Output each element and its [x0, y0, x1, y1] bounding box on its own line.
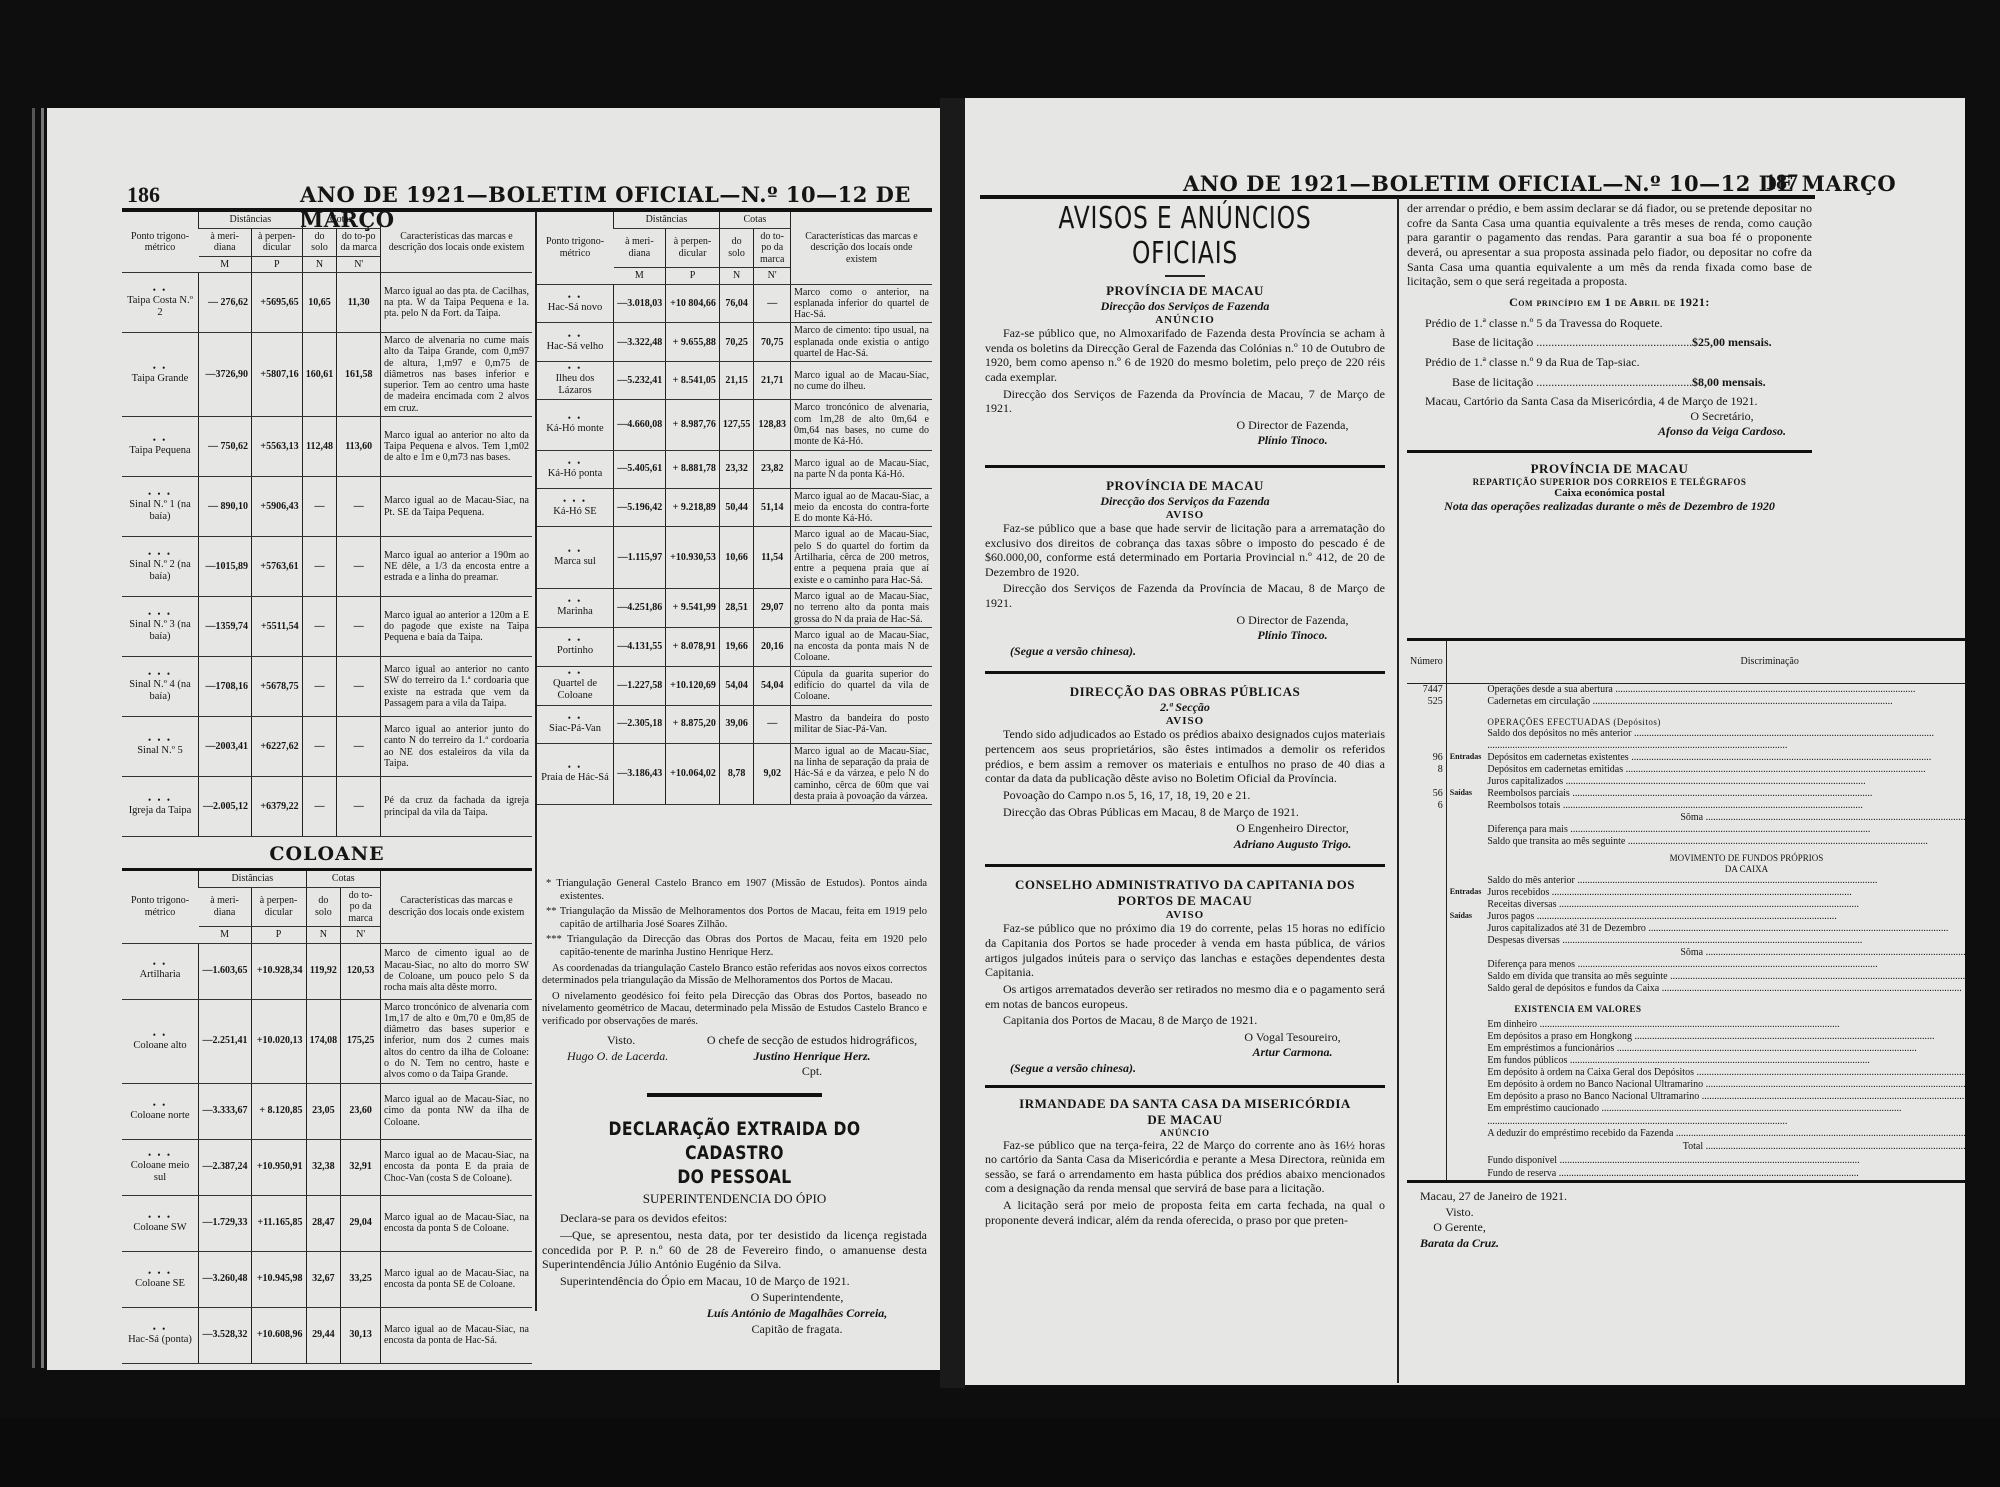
point-name-cell: • •Artilharia: [122, 943, 199, 999]
perpendicular-value: +5511,54: [251, 597, 302, 657]
mark-description: Marco igual ao de Macau-Siac, na Pt. SE …: [381, 477, 533, 537]
row-label: Diferença para menos: [1484, 959, 1965, 971]
row-group-label: [1446, 849, 1484, 864]
ground-height: 21,15: [719, 362, 754, 400]
notice-dept: 2.ª Secção: [985, 700, 1385, 715]
ground-height: 28,51: [719, 588, 754, 627]
notice-signer-role: O Secretário,: [1637, 409, 1807, 425]
table-row: • •Taipa Grande—3726,90+5807,16160,61161…: [122, 333, 532, 417]
row-group-label: [1446, 812, 1484, 824]
perpendicular-value: + 9.218,89: [666, 488, 720, 527]
perpendicular-value: +6379,22: [251, 777, 302, 837]
table-row: Em dinheiro1.967,36: [1407, 1019, 1965, 1031]
table-row: Saldo que transita ao mês seguinte......…: [1407, 836, 1965, 850]
row-number: 6: [1407, 800, 1446, 812]
notice-dept: Direcção dos Serviços da Fazenda: [985, 494, 1385, 509]
row-number: [1407, 935, 1446, 947]
table-row: • • •Sinal N.º 1 (na baía)— 890,10+5906,…: [122, 477, 532, 537]
meridian-value: — 276,62: [199, 273, 252, 333]
meridian-value: —1708,16: [199, 657, 252, 717]
row-label: OPERAÇÕES EFECTUADAS (Depósitos): [1484, 709, 1965, 728]
row-group-label: [1446, 899, 1484, 911]
notice-divider: [1407, 450, 1812, 453]
table-row: • •Quartel de Coloane—1.227,58+10.120,69…: [537, 666, 932, 705]
row-number: [1407, 971, 1446, 983]
row-number: [1407, 1019, 1446, 1031]
row-number: [1407, 1168, 1446, 1182]
ground-height: 70,25: [719, 323, 754, 362]
top-height: 9,02: [754, 743, 791, 804]
top-height: 29,07: [754, 588, 791, 627]
ground-height: 23,05: [306, 1083, 341, 1139]
meridian-value: —3.333,67: [199, 1083, 252, 1139]
point-name-cell: • •Ká-Hó ponta: [537, 450, 614, 488]
triangulation-marker: • • •: [125, 670, 195, 679]
row-number: [1407, 1055, 1446, 1067]
row-number: [1407, 849, 1446, 864]
notice-signer-role: O Vogal Tesoureiro,: [1205, 1030, 1380, 1046]
row-number: [1407, 864, 1446, 875]
point-name-cell: • •Hac-Sá novo: [537, 284, 614, 323]
top-height: —: [337, 477, 381, 537]
meridian-value: —1.227,58: [614, 666, 666, 705]
notice-org-2: DE MACAU: [985, 1112, 1385, 1128]
mark-description: Marco igual ao de Macau-Siac, na encosta…: [791, 627, 933, 666]
notice-org: IRMANDADE DA SANTA CASA DA MISERICÓRDIA: [985, 1096, 1385, 1112]
mark-description: Marco igual ao de Macau-Siac, na linha d…: [791, 743, 933, 804]
table-row: Diferença para mais......4.191,15: [1407, 824, 1965, 836]
col-n: N: [302, 256, 337, 273]
ground-height: —: [302, 537, 337, 597]
row-number: [1407, 983, 1446, 997]
row-group-label: [1446, 1043, 1484, 1055]
report-title: Nota das operações realizadas durante o …: [1407, 499, 1812, 514]
point-name-cell: • •Coloane alto: [122, 999, 199, 1083]
point-name-cell: • •Marca sul: [537, 527, 614, 588]
point-name-cell: • • •Coloane SW: [122, 1195, 199, 1251]
page-number: 187: [1765, 169, 1798, 195]
perpendicular-value: +10.120,69: [666, 666, 720, 705]
perpendicular-value: +5807,16: [251, 333, 302, 417]
ground-height: 23,32: [719, 450, 754, 488]
chinese-version-note: (Segue a versão chinesa).: [985, 1061, 1385, 1077]
report-sub: Caixa económica postal: [1407, 487, 1812, 499]
point-name: Marca sul: [554, 556, 596, 567]
coloane-table-continued: Ponto trigono-métrico Distâncias Cotas C…: [537, 212, 932, 805]
row-group-label: Saídas: [1446, 911, 1484, 923]
row-label: Fundo disponível: [1484, 1155, 1965, 1169]
table-row: A deduzir do empréstimo recebido da Faze…: [1407, 1128, 1965, 1141]
table-row: Diferença para menos......1.691,28: [1407, 959, 1965, 971]
table-row: • •Hac-Sá velho—3.322,48+ 9.655,8870,257…: [537, 323, 932, 362]
row-label: Saldo do mês anterior: [1484, 875, 1965, 887]
mark-description: Marco igual ao de Macau-Siac, na encosta…: [381, 1195, 533, 1251]
row-number: [1407, 1079, 1446, 1091]
top-height: 11,54: [754, 527, 791, 588]
ground-height: 50,44: [719, 488, 754, 527]
point-name: Taipa Pequena: [129, 445, 190, 456]
footnotes: * Triangulação General Castelo Branco em…: [542, 878, 927, 1032]
triangulation-marker: • • •: [125, 550, 195, 559]
triangulation-marker: • •: [540, 763, 610, 772]
base-value: $8,00 mensais.: [1692, 375, 1812, 390]
notice-kind: AVISO: [985, 909, 1385, 921]
page-186: 186 ANO DE 1921—BOLETIM OFICIAL—N.º 10—1…: [47, 108, 940, 1370]
table-row: • • •Coloane meio sul—2.387,24+10.950,91…: [122, 1139, 532, 1195]
signer-name: Justino Henrique Herz.: [697, 1049, 927, 1065]
point-name-cell: • •Hac-Sá (ponta): [122, 1307, 199, 1363]
report-signatures: Macau, 27 de Janeiro de 1921. Visto.O Ge…: [1407, 1182, 1965, 1252]
mark-description: Marco igual ao de Macau-Siac, na encosta…: [381, 1307, 533, 1363]
notice-continued: der arrendar o prédio, e bem assim decla…: [1407, 201, 1812, 289]
meridian-value: —3.260,48: [199, 1251, 252, 1307]
row-group-label: [1446, 864, 1484, 875]
notice-fazenda-aviso: PROVÍNCIA DE MACAU Direcção dos Serviços…: [985, 478, 1385, 660]
notice-signer-role: O Engenheiro Director,: [1205, 821, 1380, 837]
row-label: Em depósito à ordem no Banco Nacional Ul…: [1484, 1079, 1965, 1091]
table-row: • •Siac-Pá-Van—2.305,18+ 8.875,2039,06—M…: [537, 705, 932, 743]
point-name: Quartel de Coloane: [553, 678, 597, 701]
point-name-cell: • • •Coloane meio sul: [122, 1139, 199, 1195]
triangulation-marker: • • •: [125, 1213, 195, 1222]
notice-divider: [985, 671, 1385, 674]
table-row: • •Marca sul—1.115,97+10.930,5310,6611,5…: [537, 527, 932, 588]
table-row: [1407, 740, 1965, 752]
row-number: [1407, 1043, 1446, 1055]
point-name: Taipa Grande: [132, 373, 189, 384]
col-n2: N': [337, 256, 381, 273]
row-group-label: [1446, 836, 1484, 850]
col-header-desc: Características das marcas e descrição d…: [381, 870, 533, 944]
notice-body: Tendo sido adjudicados ao Estado os préd…: [985, 727, 1385, 786]
mark-description: Marco igual ao de Macau-Siac, no cimo da…: [381, 1083, 533, 1139]
table-row: Em empréstimos a funcionários12.270,03: [1407, 1043, 1965, 1055]
mark-description: Marco igual ao das pta. de Cacilhas, na …: [381, 273, 533, 333]
notice-signer-name: Plínio Tinoco.: [1205, 433, 1380, 449]
table-row: DA CAIXA: [1407, 864, 1965, 875]
mark-description: Marco de cimento: tipo usual, na esplana…: [791, 323, 933, 362]
col-n2: N': [341, 927, 381, 944]
column-divider: [1397, 198, 1399, 1383]
triangulation-marker: • •: [540, 669, 610, 678]
column-2: der arrendar o prédio, e bem assim decla…: [1407, 201, 1812, 514]
caixa-table: Número Discriminação Importância $ Avos …: [1407, 638, 1965, 1252]
row-label: Saldo que transita ao mês seguinte: [1484, 836, 1965, 850]
property-desc: Prédio de 1.ª classe n.º 9 da Rua de Tap…: [1407, 355, 1812, 370]
mark-description: Cúpula da guarita superior do edifício d…: [791, 666, 933, 705]
meridian-value: — 750,62: [199, 417, 252, 477]
row-group-label: [1446, 1141, 1484, 1155]
triangulation-marker: • • •: [540, 497, 610, 506]
notice-signer-name: Adriano Augusto Trigo.: [1205, 837, 1380, 853]
table-row: Juros capitalizados até 31 de Dezembro..…: [1407, 923, 1965, 935]
triangulation-marker: • •: [540, 293, 610, 302]
point-name-cell: • •Ilheu dos Lázaros: [537, 362, 614, 400]
meridian-value: —1.603,65: [199, 943, 252, 999]
triangulation-marker: • •: [125, 436, 195, 445]
notice-list: Povoação do Campo n.os 5, 16, 17, 18, 19…: [985, 788, 1385, 803]
row-group-label: [1446, 1079, 1484, 1091]
row-number: [1407, 728, 1446, 740]
row-group-label: [1446, 709, 1484, 728]
mark-description: Marco como o anterior, na esplanada infe…: [791, 284, 933, 323]
point-name-cell: • •Marinha: [537, 588, 614, 627]
notice-capitania: CONSELHO ADMINISTRATIVO DA CAPITANIA DOS…: [985, 877, 1385, 1076]
row-number: 96: [1407, 752, 1446, 764]
declaration-signer-name: Luís António de Magalhães Correia,: [692, 1306, 902, 1322]
row-label: Em dinheiro: [1484, 1019, 1965, 1031]
report-place-date: Macau, 27 de Janeiro de 1921.: [1410, 1189, 1965, 1205]
col-n: N: [306, 927, 341, 944]
point-name-cell: • • •Coloane SE: [122, 1251, 199, 1307]
ground-height: 76,04: [719, 284, 754, 323]
col-m: M: [199, 256, 252, 273]
row-label: Reembolsos totais: [1484, 800, 1965, 812]
report-org: PROVÍNCIA DE MACAU: [1407, 461, 1812, 477]
table-row: EntradasJuros recebidos85,13...: [1407, 887, 1965, 899]
point-name: Ká-Hó monte: [546, 423, 603, 434]
gerente-role: O Gerente,: [1420, 1220, 1499, 1236]
notices-column: AVISOS E ANÚNCIOS OFICIAIS PROVÍNCIA DE …: [985, 201, 1385, 1229]
table-row: Saldo geral de depósitos e fundos da Cai…: [1407, 983, 1965, 997]
col-header-desc: Características das marcas e descrição d…: [381, 212, 533, 273]
ground-height: —: [302, 597, 337, 657]
table-row: SaídasJuros pagos...11,96: [1407, 911, 1965, 923]
ground-height: 32,38: [306, 1139, 341, 1195]
col-p: P: [251, 256, 302, 273]
mark-description: Marco igual ao de Macau-Siac, pelo S do …: [791, 527, 933, 588]
point-name: Coloane alto: [133, 1040, 186, 1051]
triangulation-marker: • •: [125, 960, 195, 969]
visto-block: Visto. Hugo O. de Lacerda.: [567, 1033, 668, 1064]
top-height: 70,75: [754, 323, 791, 362]
note-2: O nivelamento geodésico foi feito pela D…: [542, 991, 927, 1029]
top-height: —: [337, 777, 381, 837]
row-number: [1407, 1031, 1446, 1043]
col-header-desc: Características das marcas e descrição d…: [791, 212, 933, 284]
property-base: Base de licitação $8,00 mensais.: [1407, 375, 1812, 390]
mark-description: Marco igual ao anterior a 120m a E do pa…: [381, 597, 533, 657]
title-underline: [1165, 275, 1205, 277]
perpendicular-value: +10 804,66: [666, 284, 720, 323]
table-row: • •Marinha—4.251,86+ 9.541,9928,5129,07M…: [537, 588, 932, 627]
meridian-value: —2.251,41: [199, 999, 252, 1083]
ground-height: 28,47: [306, 1195, 341, 1251]
meridian-value: —5.232,41: [614, 362, 666, 400]
table-row: • •Taipa Costa N.º 2— 276,62+5695,6510,6…: [122, 273, 532, 333]
triangulation-marker: • •: [540, 332, 610, 341]
notice-place-date: Direcção dos Serviços de Fazenda da Prov…: [985, 581, 1385, 610]
mark-description: Marco igual ao de Macau-Siac, no cume do…: [791, 362, 933, 400]
notice-body: Faz-se público que, no Almoxarifado de F…: [985, 326, 1385, 385]
table-row: Sôma9.935,855.744,40: [1407, 812, 1965, 824]
declaration-intro: Declara-se para os devidos efeitos:: [542, 1211, 927, 1226]
table-row: Saldo do mês anterior......1.468,67: [1407, 875, 1965, 887]
col-header-heights: Cotas: [306, 870, 380, 888]
point-name-cell: • • •Ká-Hó SE: [537, 488, 614, 527]
mark-description: Marco igual ao anterior no canto SW do t…: [381, 657, 533, 717]
point-name: Portinho: [557, 645, 593, 656]
meridian-value: —2.305,18: [614, 705, 666, 743]
notice-kind: AVISO: [985, 509, 1385, 521]
triangulation-marker: • •: [125, 1325, 195, 1334]
top-height: —: [337, 597, 381, 657]
perpendicular-value: +5763,61: [251, 537, 302, 597]
top-height: 11,30: [337, 273, 381, 333]
point-name: Ká-Hó ponta: [548, 468, 603, 479]
notice-signer-name: Afonso da Veiga Cardoso.: [1637, 424, 1807, 440]
notice-place-date: Macau, Cartório da Santa Casa da Miseric…: [1407, 394, 1812, 409]
mark-description: Marco igual ao de Macau-Siac, no terreno…: [791, 588, 933, 627]
top-height: 113,60: [337, 417, 381, 477]
col-header-point: Ponto trigono-métrico: [122, 870, 199, 944]
point-name: Marinha: [557, 606, 593, 617]
table-row: Sôma85,131.776,41: [1407, 947, 1965, 959]
row-label: Saldo em dívida que transita ao mês segu…: [1484, 971, 1965, 983]
meridian-value: —3.528,32: [199, 1307, 252, 1363]
row-label: Sôma: [1484, 812, 1965, 824]
point-name-cell: • •Quartel de Coloane: [537, 666, 614, 705]
col-header-top: do to-po da marca: [341, 887, 381, 927]
row-group-label: Entradas: [1446, 887, 1484, 899]
perpendicular-value: + 8.881,78: [666, 450, 720, 488]
point-name-cell: • •Ká-Hó monte: [537, 400, 614, 450]
meridian-value: —2003,41: [199, 717, 252, 777]
meridian-value: —1359,74: [199, 597, 252, 657]
notice-obras-publicas: DIRECÇÃO DAS OBRAS PÚBLICAS 2.ª Secção A…: [985, 684, 1385, 852]
point-name: Hac-Sá novo: [548, 302, 603, 313]
row-group-label: [1446, 1091, 1484, 1103]
triangulation-marker: • • •: [125, 796, 195, 805]
table-row: Em depósito a praso no Banco Nacional Ul…: [1407, 1091, 1965, 1103]
notice-kind: ANÚNCIO: [985, 1128, 1385, 1138]
page-number: 186: [127, 182, 160, 208]
ground-height: 32,67: [306, 1251, 341, 1307]
notice-org: DIRECÇÃO DAS OBRAS PÚBLICAS: [985, 684, 1385, 700]
row-label: [1484, 740, 1965, 752]
row-number: 7447: [1407, 684, 1446, 697]
row-group-label: [1446, 728, 1484, 740]
ground-height: 19,66: [719, 627, 754, 666]
triangulation-marker: • •: [125, 286, 195, 295]
meridian-value: —5.196,42: [614, 488, 666, 527]
meridian-value: —1.729,33: [199, 1195, 252, 1251]
note-1: As coordenadas da triangulação Castelo B…: [542, 963, 927, 988]
ground-height: 39,06: [719, 705, 754, 743]
signer-role: O chefe de secção de estudos hidrográfic…: [697, 1033, 927, 1049]
table-row: Fundo disponível1.967,36: [1407, 1155, 1965, 1169]
row-group-label: [1446, 764, 1484, 776]
row-label: Total: [1484, 1141, 1965, 1155]
row-label: Fundo de reserva: [1484, 1168, 1965, 1182]
row-label: Juros pagos: [1484, 911, 1965, 923]
perpendicular-value: +10.930,53: [666, 527, 720, 588]
mark-description: Marco igual ao de Macau-Siac, a meio da …: [791, 488, 933, 527]
row-number: [1407, 776, 1446, 788]
point-name: Sinal N.º 5: [137, 745, 183, 756]
row-group-label: [1446, 875, 1484, 887]
point-name: Sinal N.º 2 (na baía): [129, 559, 191, 582]
table-row: Despesas diversas...28,00: [1407, 935, 1965, 947]
point-name: Artilharia: [140, 969, 181, 980]
col-p: P: [666, 268, 720, 285]
row-group-label: [1446, 1055, 1484, 1067]
row-group-label: [1446, 983, 1484, 997]
row-group-label: [1446, 740, 1484, 752]
ground-height: 29,44: [306, 1307, 341, 1363]
row-label: EXISTENCIA EM VALORES: [1484, 996, 1965, 1019]
triangulation-marker: • •: [125, 364, 195, 373]
row-label: Saldo dos depósitos no mês anterior: [1484, 728, 1965, 740]
meridian-value: —2.005,12: [199, 777, 252, 837]
base-label: Base de licitação: [1452, 335, 1692, 350]
row-label: Saldo geral de depósitos e fundos da Cai…: [1484, 983, 1965, 997]
row-label: Receitas diversas: [1484, 899, 1965, 911]
ground-height: 8,78: [719, 743, 754, 804]
notice-place-date: Capitania dos Portos de Macau, 8 de Març…: [985, 1013, 1385, 1028]
row-group-label: [1446, 959, 1484, 971]
perpendicular-value: + 9.655,88: [666, 323, 720, 362]
perpendicular-value: +5563,13: [251, 417, 302, 477]
declaration-title-2: DO PESSOAL: [577, 1166, 893, 1190]
row-number: [1407, 1091, 1446, 1103]
table-row: 96EntradasDepósitos em cadernetas existe…: [1407, 752, 1965, 764]
row-number: [1407, 875, 1446, 887]
row-label: Em depósito a praso no Banco Nacional Ul…: [1484, 1091, 1965, 1103]
point-name: Taipa Costa N.º 2: [127, 295, 193, 318]
top-height: 128,83: [754, 400, 791, 450]
ground-height: 10,66: [719, 527, 754, 588]
col-header-distances: Distâncias: [614, 212, 720, 228]
point-name-cell: • • •Sinal N.º 2 (na baía): [122, 537, 199, 597]
point-name: Coloane meio sul: [131, 1160, 190, 1183]
row-label: Reembolsos parciais: [1484, 788, 1965, 800]
row-group-label: [1446, 1031, 1484, 1043]
notice-kind: AVISO: [985, 715, 1385, 727]
row-group-label: [1446, 1116, 1484, 1129]
notice-santa-casa: IRMANDADE DA SANTA CASA DA MISERICÓRDIA …: [985, 1096, 1385, 1228]
notice-divider: [985, 864, 1385, 867]
triangulation-marker: • • •: [125, 490, 195, 499]
perpendicular-value: +10.608,96: [251, 1307, 306, 1363]
notice-divider: [985, 1085, 1385, 1088]
footnote-1: * Triangulação General Castelo Branco em…: [542, 878, 927, 903]
row-number: [1407, 1116, 1446, 1129]
row-number: [1407, 1067, 1446, 1079]
meridian-value: —3726,90: [199, 333, 252, 417]
row-label: Em depósito à ordem na Caixa Geral dos D…: [1484, 1067, 1965, 1079]
notice-signer-name: Artur Carmona.: [1205, 1045, 1380, 1061]
top-height: 30,13: [341, 1307, 381, 1363]
point-name: Sinal N.º 3 (na baía): [129, 619, 191, 642]
col-header-ground: do solo: [719, 228, 754, 268]
table-row: Em depósito à ordem na Caixa Geral dos D…: [1407, 1067, 1965, 1079]
top-height: —: [337, 537, 381, 597]
point-name-cell: • • •Igreja da Taipa: [122, 777, 199, 837]
page-gutter: [940, 98, 965, 1388]
taipa-table: Ponto trigono-métrico Distâncias Cotas C…: [122, 212, 532, 837]
triangulation-marker: • •: [540, 597, 610, 606]
top-height: 23,60: [341, 1083, 381, 1139]
row-label: Sôma: [1484, 947, 1965, 959]
notice-fazenda-anuncio: PROVÍNCIA DE MACAU Direcção dos Serviços…: [985, 283, 1385, 449]
point-name-cell: • •Portinho: [537, 627, 614, 666]
mark-description: Marco igual ao anterior no alto da Taipa…: [381, 417, 533, 477]
row-number: [1407, 996, 1446, 1019]
triangulation-marker: • •: [540, 714, 610, 723]
ground-height: 10,65: [302, 273, 337, 333]
point-name-cell: • •Taipa Grande: [122, 333, 199, 417]
